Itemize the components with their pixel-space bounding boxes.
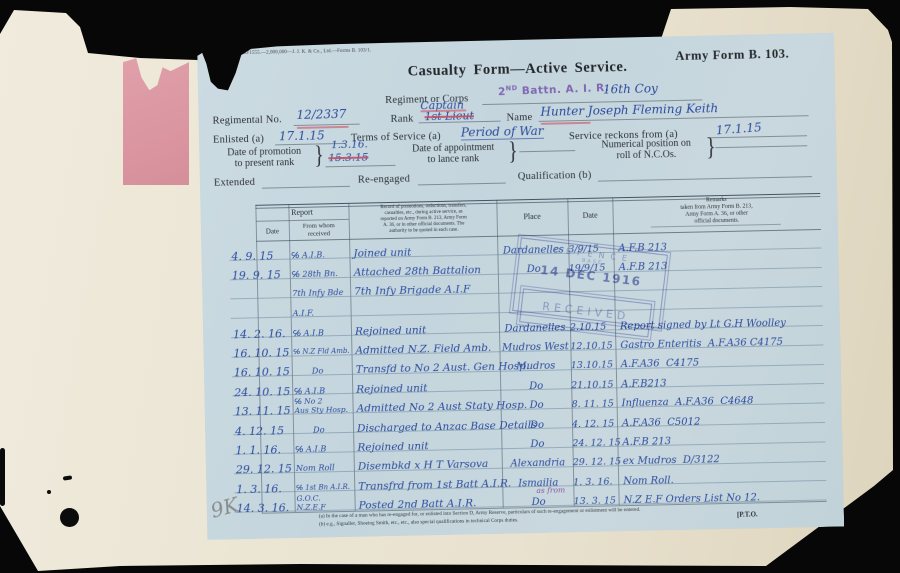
from-whom: ℅ 28th Bn. 7th Infy Bde A.I.F.: [292, 264, 357, 324]
promotion-new-value: 1.3.16.: [331, 138, 368, 151]
record-entry: Rejoined unit: [356, 379, 428, 400]
from-whom: Nom Roll: [296, 458, 360, 479]
header-date: Date: [256, 227, 289, 236]
rule: [326, 165, 396, 167]
printer-imprint: 95431.—W6450/1555.—2,000,000—J. J. K. & …: [213, 48, 371, 56]
event-date: 8. 11. 15: [571, 394, 619, 414]
record-entry: Joined unit: [353, 244, 411, 265]
name-label: Name: [506, 112, 532, 124]
report-date: 1. 3. 16.: [236, 479, 296, 500]
remarks: A.F.A36 C5012: [622, 413, 701, 434]
place: Do: [501, 376, 571, 397]
remarks: A.F.A36 C4175: [621, 354, 700, 375]
appointment-label: Date of appointment to lance rank: [399, 142, 507, 166]
promotion-old-value: 15.3.15: [328, 151, 368, 164]
reckons-value: 17.1.15: [715, 120, 762, 137]
header-place: Place: [497, 211, 568, 221]
event-date: 13.10.15: [571, 355, 619, 375]
report-date: 19. 9. 15: [232, 265, 292, 286]
report-date: 13. 11. 15: [234, 401, 294, 422]
record-entry: Rejoined unit: [357, 437, 429, 458]
stamp-sup: ND: [506, 84, 518, 92]
report-date: 1. 1. 16.: [235, 440, 295, 461]
remarks: ex Mudros D/3122: [623, 450, 720, 471]
event-date: 29. 12. 15: [573, 452, 621, 472]
record-entry: Disembkd x H T Varsova: [358, 455, 489, 477]
place: Alexandria: [503, 453, 573, 474]
record-entry: Attached 28th Battalion 7th Infy Brigade…: [354, 261, 482, 302]
report-date: 29. 12. 15: [236, 459, 296, 480]
header-from-whom: From whom received: [289, 222, 349, 238]
brace: }: [314, 142, 324, 171]
event-date: 24. 12. 15: [572, 433, 620, 453]
place: Do: [502, 434, 572, 455]
header-date2: Date: [568, 210, 613, 220]
from-whom: ℅ N.Z Fld Amb.: [293, 342, 357, 363]
report-date: 4. 9. 15: [231, 246, 291, 267]
place: Do: [502, 415, 572, 436]
from-whom: ℅ A.I.B: [293, 323, 357, 344]
rule: [418, 183, 506, 186]
report-date: 4. 12. 15: [235, 421, 295, 442]
ink-blot: [60, 508, 79, 527]
place: Do: [501, 395, 571, 416]
promotion-label: Date of promotion to present rank: [213, 146, 315, 170]
from-whom: ℅ A.I.B.: [291, 245, 355, 266]
rule: [262, 186, 350, 189]
record-entry: Rejoined unit: [355, 321, 427, 342]
pto-mark: [P.T.O.: [737, 510, 758, 518]
pink-underline: [541, 122, 591, 125]
place: Mudros: [501, 356, 571, 377]
as-from-note: as from: [536, 485, 565, 495]
terms-value: Period of War: [461, 124, 544, 141]
scan-canvas: 95431.—W6450/1555.—2,000,000—J. J. K. & …: [0, 0, 900, 573]
remarks: A.F.B213: [621, 374, 667, 394]
stamp-rest: Battn. A. I. R.: [517, 82, 609, 98]
from-whom: ℅ A.I.B: [295, 439, 359, 460]
enlisted-label: Enlisted (a): [213, 134, 264, 146]
report-date: 16. 10. 15: [233, 343, 293, 364]
report-date: 16. 10. 15: [234, 362, 294, 383]
brace: }: [508, 138, 518, 167]
report-date: 14. 2. 16.: [233, 324, 293, 345]
rank-label: Rank: [390, 113, 413, 124]
event-date: 12.10.15: [570, 336, 618, 356]
report-date: 14. 3. 16.: [237, 498, 297, 519]
header-remarks: Remarks taken from Army Form B. 213, Arm…: [620, 195, 813, 227]
ink-blot: [47, 490, 51, 494]
form-title: Casualty Form—Active Service.: [337, 58, 697, 83]
casualty-form: 95431.—W6450/1555.—2,000,000—J. J. K. & …: [197, 33, 844, 540]
regiment-value: 16th Coy: [603, 81, 658, 96]
remarks: Nom Roll.: [623, 471, 674, 491]
remarks: A.F.B 213: [622, 432, 671, 452]
remarks: Influenza A.F.A36 C4648: [621, 391, 753, 413]
event-date: 1. 3. 16.: [573, 472, 621, 492]
rule: [598, 176, 812, 181]
reengaged-label: Re-engaged: [358, 174, 410, 186]
numerical-label: Numerical position on roll of N.C.Os.: [587, 137, 705, 161]
rule: [519, 150, 575, 152]
regimental-no-label: Regimental No.: [212, 114, 282, 126]
header-record: Record of promotions, reductions, transf…: [351, 203, 496, 236]
name-value: Hunter Joseph Fleming Keith: [540, 101, 718, 119]
rule: [715, 145, 807, 148]
place: Mudros West: [500, 337, 570, 358]
from-whom: G.O.C. N.Z.E.F: [296, 494, 360, 512]
battalion-stamp: 2ND Battn. A. I. R.: [498, 80, 610, 98]
extended-label: Extended: [214, 177, 255, 189]
qualification-label: Qualification (b): [518, 170, 592, 183]
edge-mark: [0, 448, 5, 506]
event-date: 21.10.15: [571, 375, 619, 395]
header-report: Report: [255, 207, 348, 218]
regimental-no-value: 12/2337: [296, 107, 346, 122]
report-date: 24. 10. 15: [234, 382, 294, 403]
from-whom: ℅ No 2 Aus Sty Hosp.: [294, 397, 358, 415]
event-date: 4. 12. 15: [572, 414, 620, 434]
